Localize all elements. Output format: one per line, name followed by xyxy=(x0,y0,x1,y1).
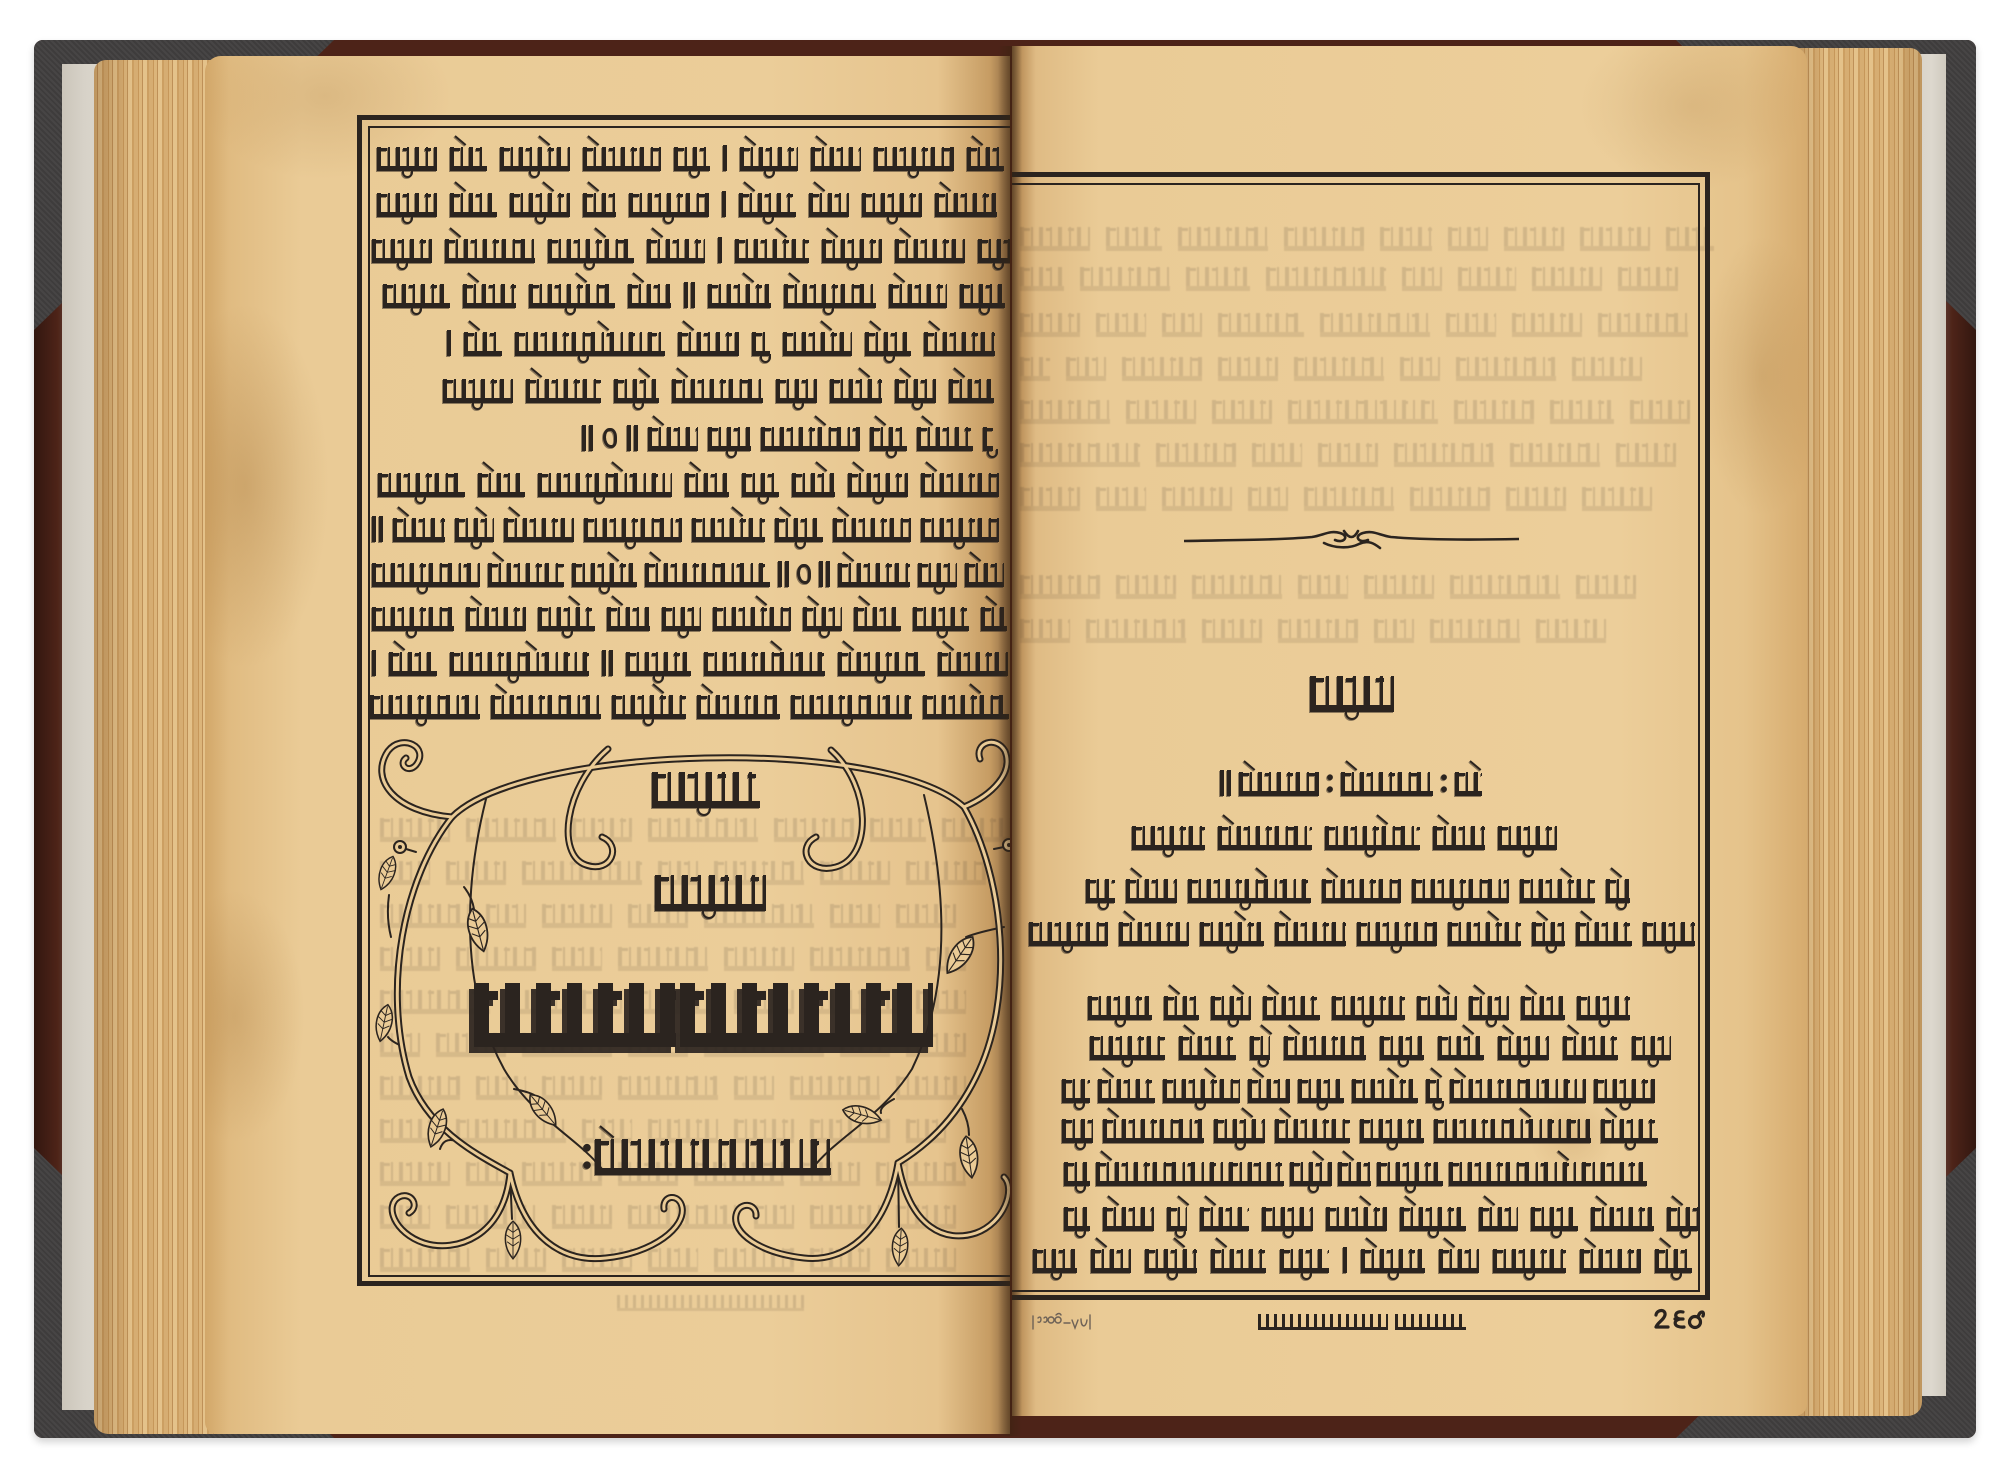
book-photograph: Pencil notation २३६ xyxy=(0,0,2000,1482)
handwritten-note: Pencil notation xyxy=(1030,1312,1094,1334)
gutter-shadow xyxy=(998,46,1022,1436)
word xyxy=(1395,1313,1466,1330)
numeral-glyph xyxy=(1656,1311,1668,1328)
text-line xyxy=(1258,1313,1466,1330)
page-edges-right xyxy=(1790,48,1922,1416)
numeral-glyph xyxy=(1698,1312,1703,1317)
right-page: Pencil notation २३६ xyxy=(1012,46,1807,1416)
footer-bleed xyxy=(205,56,1010,1434)
word xyxy=(617,1294,804,1311)
page-number: २३६ xyxy=(1653,1307,1705,1331)
word xyxy=(1258,1313,1388,1330)
numeral-glyph xyxy=(1675,1312,1684,1327)
pencil-stroke xyxy=(1033,1314,1090,1330)
text-line xyxy=(617,1294,804,1311)
running-title xyxy=(1012,46,1807,1416)
left-page xyxy=(205,56,1010,1434)
